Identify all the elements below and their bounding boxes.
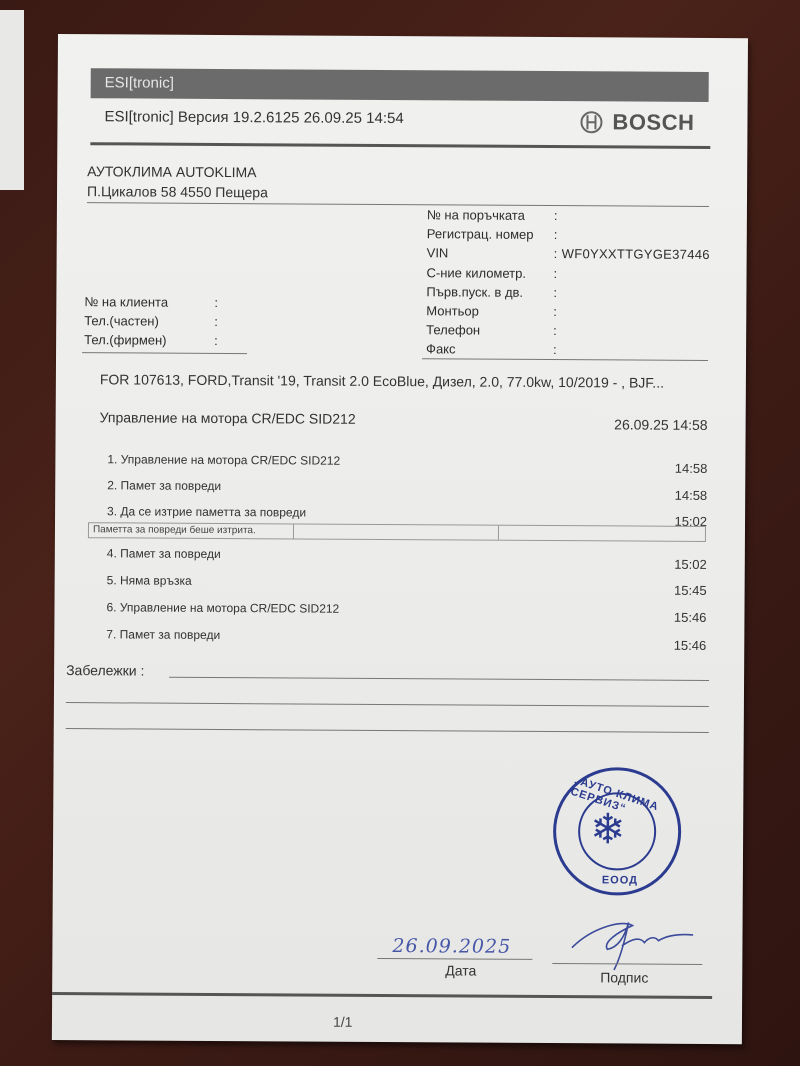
field-vin: VIN:WF0YXXTTGYGE37446	[427, 244, 710, 265]
step-1-time: 14:58	[675, 461, 708, 476]
client-divider	[82, 352, 247, 354]
step-3-result-row: Паметта за повреди беше изтрита.	[88, 522, 706, 542]
handwritten-signature	[562, 907, 702, 978]
module-name: Управление на мотора CR/EDC SID212	[100, 409, 356, 427]
step-1: 1. Управление на мотора CR/EDC SID212	[107, 452, 340, 467]
brand-name: BOSCH	[612, 109, 694, 136]
company-stamp: „АУТО КЛИМА СЕРВИЗ“ ❄ ЕООД	[553, 767, 682, 896]
field-company-phone: Тел.(фирмен):	[84, 331, 222, 351]
remarks-line-2[interactable]	[66, 702, 709, 707]
field-mechanic: Монтьор:	[426, 301, 709, 322]
snowflake-icon: ❄	[590, 808, 625, 850]
module-datetime: 26.09.25 14:58	[614, 416, 708, 433]
remarks-line-1[interactable]	[169, 677, 709, 681]
field-phone: Телефон:	[426, 320, 709, 341]
esi-bar-title: ESI[tronic]	[105, 74, 174, 91]
header-divider	[90, 142, 710, 149]
step-6-time: 15:46	[674, 610, 707, 625]
company-block: АУТОКЛИМА AUTOKLIMA П.Цикалов 58 4550 Пе…	[87, 161, 268, 202]
esi-title-bar: ESI[tronic]	[91, 68, 709, 102]
step-5-time: 15:45	[674, 583, 707, 598]
handwritten-date: 26.09.2025	[392, 935, 511, 958]
footer-divider	[52, 992, 712, 999]
client-fields: № на клиента: Тел.(частен): Тел.(фирмен)…	[84, 292, 222, 350]
adjacent-paper-edge	[0, 10, 24, 190]
step-7: 7. Памет за повреди	[106, 627, 220, 642]
stamp-bottom-text: ЕООД	[602, 874, 638, 886]
step-2-time: 14:58	[675, 488, 708, 503]
step-3: 3. Да се изтрие паметта за повреди	[107, 504, 306, 519]
vehicle-description: FOR 107613, FORD,Transit '19, Transit 2.…	[100, 371, 664, 390]
step-7-time: 15:46	[674, 638, 707, 653]
company-name: АУТОКЛИМА AUTOKLIMA	[87, 161, 268, 182]
field-fax: Факс:	[426, 340, 709, 361]
field-private-phone: Тел.(частен):	[84, 311, 222, 331]
step-4: 4. Памет за повреди	[107, 546, 221, 561]
field-registration-number: Регистрац. номер:	[427, 224, 710, 245]
field-first-registration: Първ.пуск. в дв.:	[426, 282, 709, 303]
date-label: Дата	[445, 962, 476, 978]
company-address: П.Цикалов 58 4550 Пещера	[87, 181, 268, 202]
version-line: ESI[tronic] Версия 19.2.6125 26.09.25 14…	[104, 108, 403, 127]
stamp-inner-circle: ❄	[578, 792, 656, 870]
remarks-line-3[interactable]	[66, 728, 709, 733]
step-3-result-cell-2	[294, 524, 499, 539]
remarks-label: Забележки :	[66, 662, 144, 678]
step-2: 2. Памет за повреди	[107, 478, 221, 493]
step-4-time: 15:02	[674, 557, 707, 572]
step-6: 6. Управление на мотора CR/EDC SID212	[106, 600, 339, 615]
diagnostic-report-sheet: ESI[tronic] ESI[tronic] Версия 19.2.6125…	[52, 34, 748, 1044]
field-order-number: № на поръчката:	[427, 205, 710, 226]
signature-label: Подпис	[600, 969, 648, 985]
order-fields: № на поръчката: Регистрац. номер: VIN:WF…	[426, 205, 710, 360]
brand-block: BOSCH	[580, 109, 694, 136]
field-client-number: № на клиента:	[84, 292, 222, 312]
date-line[interactable]	[377, 958, 532, 960]
step-3-result-cell-3	[499, 526, 705, 541]
field-odometer: С-ние километр.:	[426, 263, 709, 284]
page-number: 1/1	[333, 1014, 353, 1030]
bosch-armature-logo-icon	[580, 111, 602, 133]
step-3-result-text: Паметта за повреди беше изтрита.	[89, 523, 294, 538]
step-5: 5. Няма връзка	[107, 573, 192, 588]
